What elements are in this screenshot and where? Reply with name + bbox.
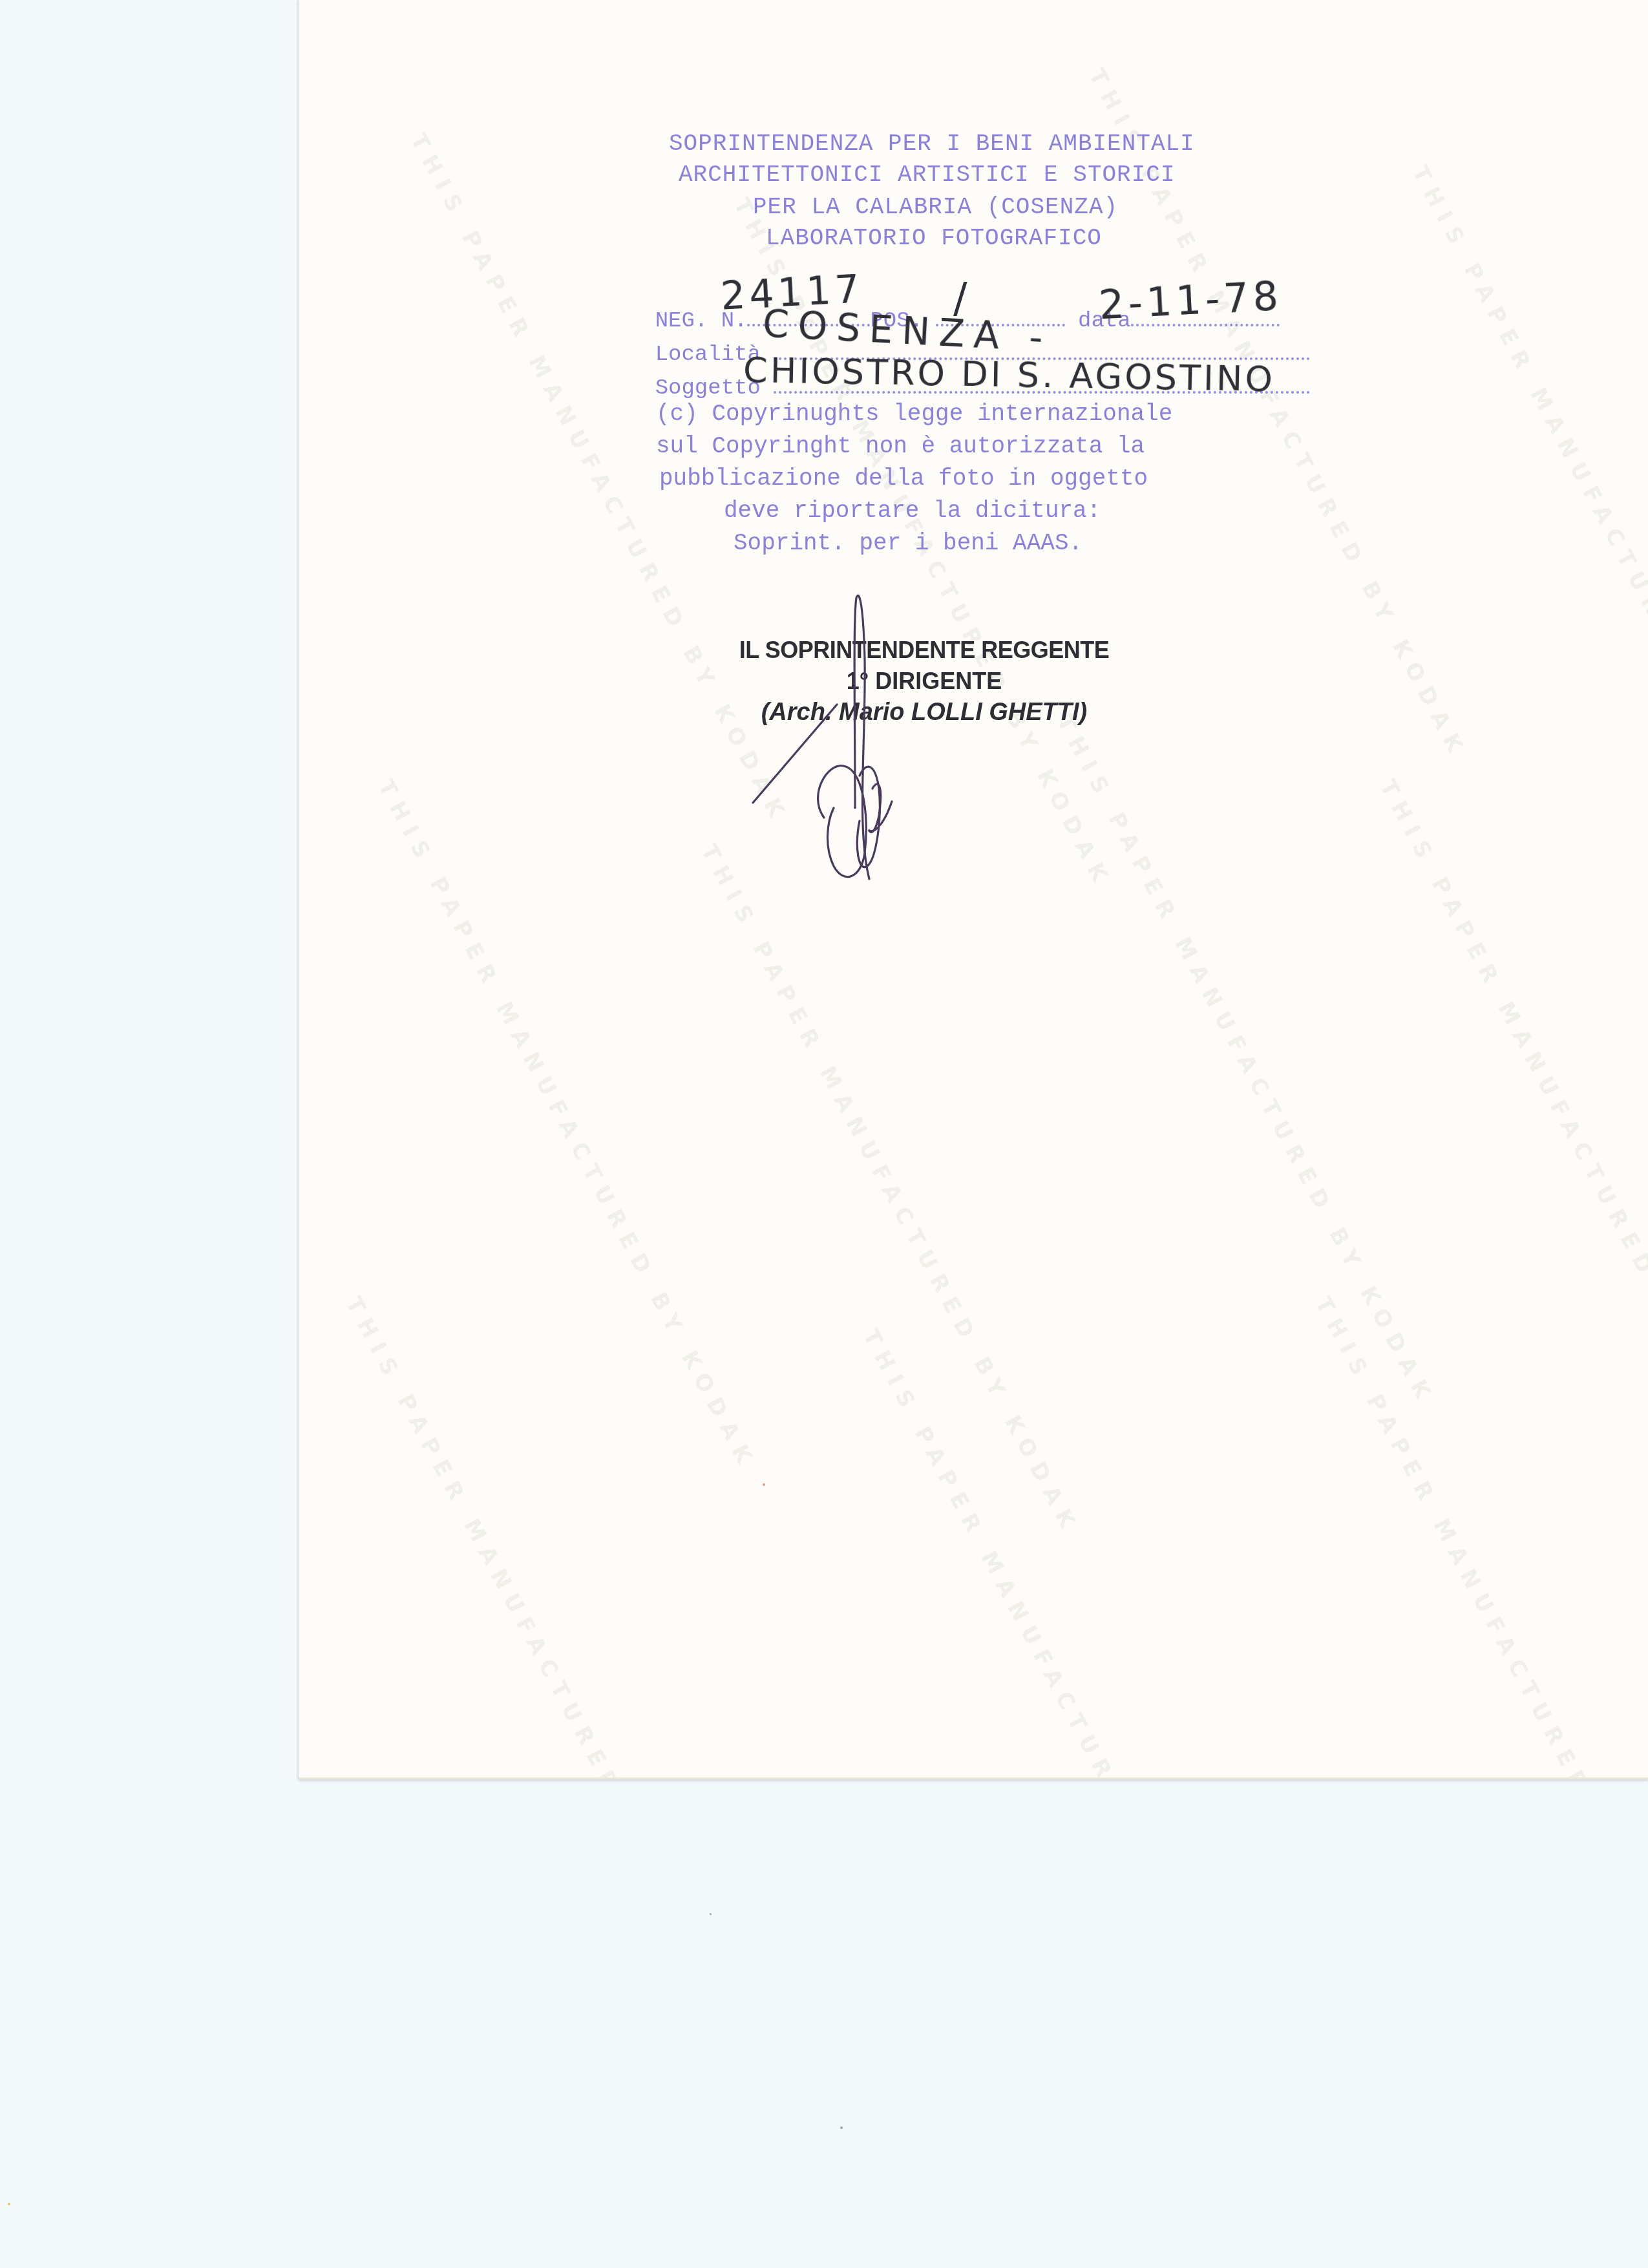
dust-speck bbox=[710, 1913, 712, 1915]
watermark-text: THIS PAPER MANUFACTURED BY KODAK bbox=[696, 840, 1084, 1540]
watermark-text: THIS PAPER MANUFACTURED BY KODAK bbox=[341, 1293, 729, 1777]
signature-stamp-block: IL SOPRINTENDENTE REGGENTE 1° DIRIGENTE … bbox=[698, 637, 1150, 726]
watermark-text: THIS PAPER MANUFACTURED BY KODAK bbox=[1407, 162, 1648, 862]
stamp-header-line-1: SOPRINTENDENZA PER I BENI AMBIENTALI bbox=[669, 129, 1195, 158]
watermark-text: THIS PAPER MANUFACTURED BY KODAK bbox=[858, 1325, 1246, 1777]
watermark-text: THIS PAPER MANUFACTURED BY KODAK bbox=[1051, 711, 1440, 1411]
stamp-header-line-3: PER LA CALABRIA (COSENZA) bbox=[753, 193, 1118, 222]
photo-paper-back: THIS PAPER MANUFACTURED BY KODAK THIS PA… bbox=[299, 0, 1648, 1779]
signatory-rank: 1° DIRIGENTE bbox=[698, 668, 1150, 695]
stamp-header-line-4: LABORATORIO FOTOGRAFICO bbox=[766, 224, 1102, 253]
handwritten-date: 2-11-78 bbox=[1097, 272, 1283, 329]
copyright-line-1: (c) Copyrinughts legge internazionale bbox=[656, 401, 1172, 427]
stamp-header-line-2: ARCHITETTONICI ARTISTICI E STORICI bbox=[679, 160, 1176, 189]
copyright-line-2: sul Copyringht non è autorizzata la bbox=[656, 433, 1145, 460]
signatory-name: (Arch. Mario LOLLI GHETTI) bbox=[698, 699, 1150, 726]
dust-speck bbox=[840, 2126, 843, 2129]
kodak-backprint-watermark: THIS PAPER MANUFACTURED BY KODAK THIS PA… bbox=[299, 0, 1648, 1777]
watermark-text: THIS PAPER MANUFACTURED BY KODAK bbox=[1310, 1293, 1648, 1777]
signatory-title: IL SOPRINTENDENTE REGGENTE bbox=[698, 637, 1150, 664]
watermark-text: THIS PAPER MANUFACTURED BY KODAK bbox=[373, 776, 761, 1476]
dust-speck bbox=[8, 2203, 10, 2205]
copyright-line-5: Soprint. per i beni AAAS. bbox=[734, 530, 1083, 556]
dust-speck bbox=[763, 1483, 765, 1486]
copyright-line-4: deve riportare la dicitura: bbox=[724, 498, 1101, 524]
watermark-text: THIS PAPER MANUFACTURED BY KODAK bbox=[1375, 776, 1648, 1476]
copyright-line-3: pubblicazione della foto in oggetto bbox=[659, 465, 1148, 492]
